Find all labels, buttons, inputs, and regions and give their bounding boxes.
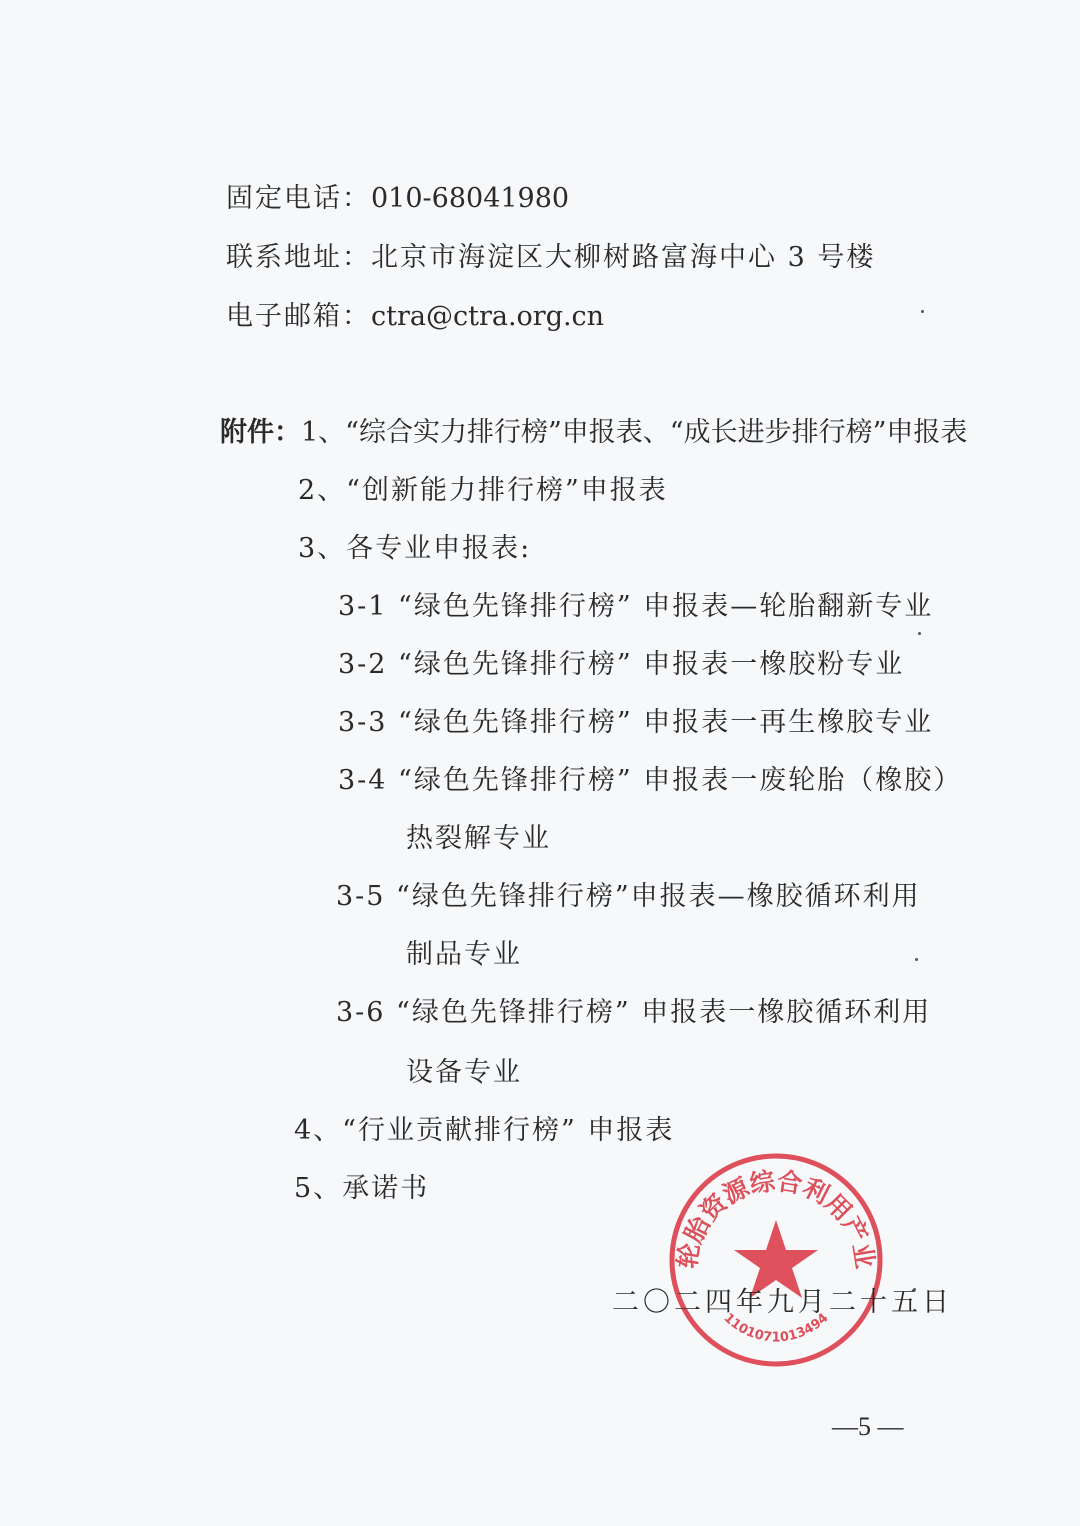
official-seal: 中国轮胎资源综合利用产业协会 1101071013494 (668, 1152, 884, 1368)
attachment-item-3: 3、各专业申报表: (298, 526, 531, 565)
sub-item-3-6: 3-6 “绿色先锋排行榜” 申报表一橡胶循环利用 (336, 990, 931, 1029)
email-line: 电子邮箱：ctra@ctra.org.cn (226, 294, 604, 333)
sub-item-3-5-cont: 制品专业 (406, 932, 522, 971)
sub-item-3-4-cont: 热裂解专业 (406, 816, 551, 855)
sub-item-3-4: 3-4 “绿色先锋排行榜” 申报表一废轮胎（橡胶） (338, 758, 962, 797)
attachment-item-2: 2、“创新能力排行榜”申报表 (298, 468, 668, 507)
scan-speck (913, 1288, 916, 1291)
address-value: 北京市海淀区大柳树路富海中心 3 号楼 (371, 242, 875, 273)
sub-item-3-2: 3-2 “绿色先锋排行榜” 申报表一橡胶粉专业 (338, 642, 904, 681)
phone-label: 固定电话： (226, 183, 371, 214)
page-number: —5 — (832, 1412, 904, 1442)
attachment-item-4: 4、“行业贡献排行榜” 申报表 (294, 1108, 674, 1147)
sub-item-3-1: 3-1 “绿色先锋排行榜” 申报表—轮胎翻新专业 (338, 584, 933, 623)
address-line: 联系地址：北京市海淀区大柳树路富海中心 3 号楼 (226, 235, 875, 274)
signature-date: 二〇二四年九月二十五日 (612, 1280, 953, 1319)
sub-item-3-3: 3-3 “绿色先锋排行榜” 申报表一再生橡胶专业 (338, 700, 933, 739)
attachment-item-1: 附件：1、“综合实力排行榜”申报表、“成长进步排行榜”申报表 (220, 410, 967, 449)
address-label: 联系地址： (226, 242, 371, 273)
email-label: 电子邮箱： (226, 301, 371, 332)
phone-value: 010-68041980 (371, 183, 569, 214)
attachment-item-5: 5、承诺书 (294, 1166, 429, 1205)
sub-item-3-5: 3-5 “绿色先锋排行榜”申报表—橡胶循环利用 (336, 874, 921, 913)
scan-speck (918, 632, 921, 635)
scan-speck (921, 310, 924, 313)
phone-line: 固定电话：010-68041980 (226, 176, 569, 215)
sub-item-3-6-cont: 设备专业 (406, 1050, 522, 1089)
scan-speck (915, 958, 918, 961)
email-value: ctra@ctra.org.cn (371, 301, 604, 332)
attachments-label: 附件： (220, 417, 301, 448)
